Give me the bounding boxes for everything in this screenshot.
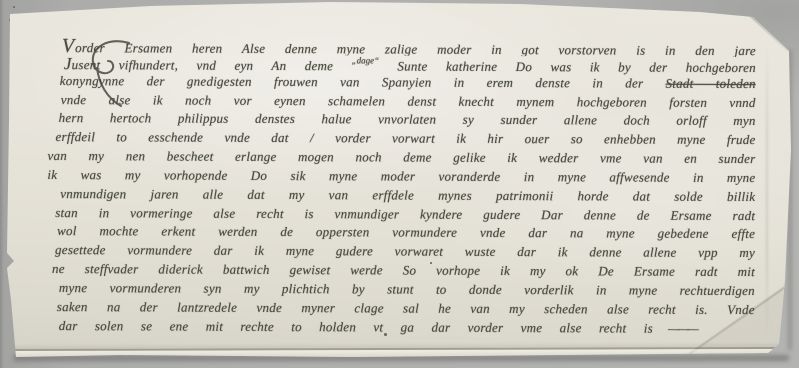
manuscript-photo: Vorder Ersamen heren Alse denne myne zal…: [0, 0, 799, 368]
manuscript-segment-strike: Stadt toleden: [666, 75, 756, 90]
paper-crease: [766, 40, 768, 340]
manuscript-segment: wol mochte erkent werden de oppersten vo…: [57, 223, 755, 241]
manuscript-segment-insert: „dage“: [352, 55, 380, 65]
manuscript-segment: vnde alse ik noch vor eynen schamelen de…: [61, 92, 756, 110]
manuscript-segment: hern hertoch philippus denstes halue vnv…: [59, 110, 756, 128]
manuscript-segment: ik was my vorhopende Do sik myne moder v…: [47, 167, 755, 185]
manuscript-segment: erffdeil to esschende vnde dat / vorder …: [56, 129, 756, 147]
manuscript-text: Vorder Ersamen heren Alse denne myne zal…: [47, 35, 756, 340]
manuscript-segment-dash: ———: [653, 320, 697, 335]
manuscript-segment: stan in vormeringe alse recht is vnmundi…: [55, 205, 755, 223]
manuscript-segment: van my nen bescheet erlange mogen noch d…: [47, 148, 755, 166]
manuscript-segment: Jusent vifhundert, vnd eyn An deme: [64, 57, 352, 73]
manuscript-segment: myne vormunderen syn my plichtich by stu…: [59, 280, 755, 298]
manuscript-segment: konyngynne der gnedigesten frouwen van S…: [60, 73, 666, 91]
manuscript-segment: Sunte katherine Do was ik by der hochgeb…: [379, 58, 756, 75]
manuscript-line: dar solen se ene mit rechte to holden vt…: [47, 318, 755, 340]
manuscript-segment: vnmundigen jaren alle dat my van erffdel…: [60, 186, 755, 204]
manuscript-segment: gesettede vormundere dar ik myne gudere …: [55, 242, 755, 260]
manuscript-paper: Vorder Ersamen heren Alse denne myne zal…: [0, 0, 799, 368]
background-speck: [13, 6, 15, 8]
manuscript-segment: dar solen se ene mit rechte to holden vt…: [59, 318, 653, 336]
manuscript-segment: saken na der lantzredele vnde myner clag…: [57, 299, 755, 317]
manuscript-segment: ne steffvader diderick battwich gewiset …: [52, 261, 755, 279]
